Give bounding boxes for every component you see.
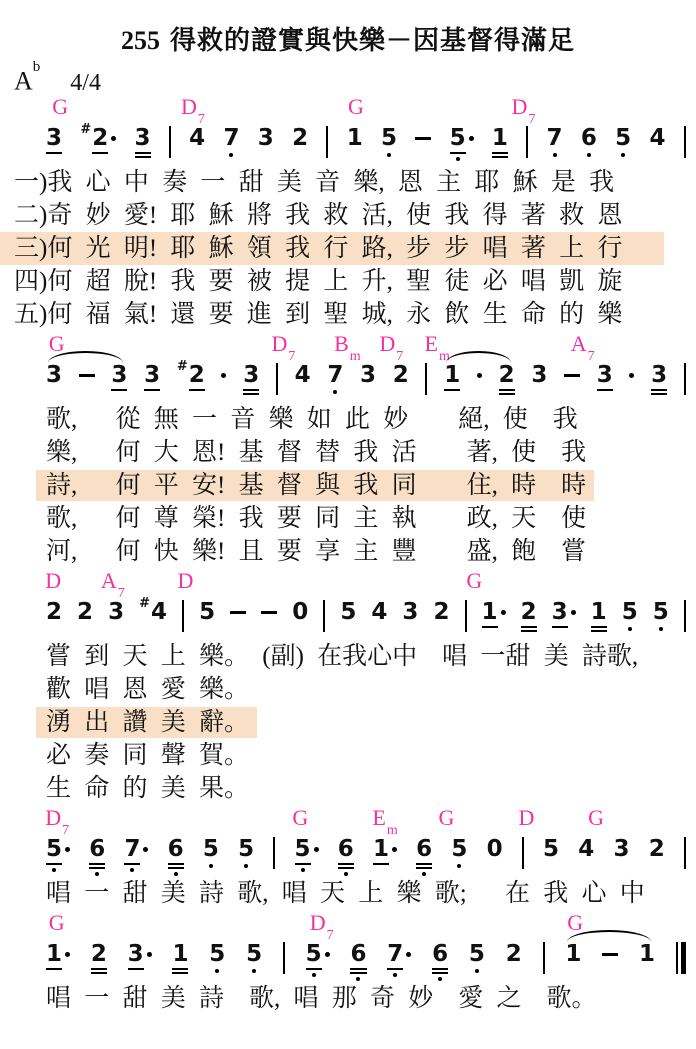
hymn-sheet: 255得救的證實與快樂－因基督得滿足 Ab4/4 GD7GD73#2347321… xyxy=(0,0,696,1049)
chord-label: G xyxy=(292,805,308,831)
beam-line xyxy=(172,972,188,974)
note-core: 5 xyxy=(46,837,62,872)
lyric-line: 二)奇 妙 愛! 耶 穌 將 我 救 活, 使 我 得 著 救 恩 xyxy=(0,199,696,232)
note-7: 7 xyxy=(387,942,411,977)
beam-lines xyxy=(172,968,188,974)
note-core: 1 xyxy=(444,363,460,391)
note-core: 3 xyxy=(144,363,160,391)
note-core: 6 xyxy=(416,837,432,876)
note-digit: 5 xyxy=(209,942,225,966)
augmentation-dot xyxy=(406,952,411,957)
note-digit: 3 xyxy=(144,363,160,387)
note-2: 2 xyxy=(499,363,515,395)
note-digit: 4 xyxy=(189,126,205,150)
beam-line xyxy=(521,626,537,628)
lyric-text: 湧 出 讚 美 辭。 xyxy=(36,707,257,738)
note-core: 5 xyxy=(340,600,356,624)
beam-lines xyxy=(432,968,448,974)
key-signature: Ab4/4 xyxy=(0,58,696,94)
barline xyxy=(326,126,328,158)
note-3: 3 xyxy=(597,363,613,391)
note-6: 6 xyxy=(350,942,366,981)
note-digit: 3 xyxy=(108,600,124,624)
beam-line xyxy=(168,867,184,869)
lyric-line: 四)何 超 脫! 我 要 被 提 上 升, 聖 徒 必 唱 凱 旋 xyxy=(0,265,696,298)
note-core: 4 xyxy=(578,837,594,861)
note-1: 1 xyxy=(347,126,363,150)
note-digit: 1 xyxy=(172,942,188,966)
note-digit: 4 xyxy=(578,837,594,861)
note-core: 2 xyxy=(499,363,515,395)
lyric-line: 歌, 何 尊 榮! 我 要 同 主 執 政, 天 使 xyxy=(0,502,696,535)
beam-line xyxy=(46,968,62,970)
final-barline-thin xyxy=(676,942,678,974)
hymn-number: 255 xyxy=(121,26,160,55)
notation-row: 12315556765211 xyxy=(0,936,696,982)
note-core: 4 xyxy=(189,126,205,150)
sustain-dash xyxy=(230,611,246,614)
low-octave-dot xyxy=(344,872,348,876)
beam-line xyxy=(338,863,354,865)
note-2: #2 xyxy=(177,363,205,391)
sustain-dash xyxy=(79,374,95,377)
augmentation-dot xyxy=(65,952,70,957)
beam-line xyxy=(499,389,515,391)
beam-lines xyxy=(492,152,508,158)
note-5: 5 xyxy=(306,942,330,977)
lyric-text: 唱 一 甜 美 詩 歌, 唱 那 奇 妙 愛 之 歌。 xyxy=(46,985,597,1012)
note-core: 5 xyxy=(451,837,467,868)
note-digit: 5 xyxy=(203,837,219,861)
lyric-text: 歡 唱 恩 愛 樂。 xyxy=(46,676,249,703)
beam-lines xyxy=(46,968,62,970)
barline xyxy=(465,600,467,632)
note-digit: 5 xyxy=(306,942,322,966)
note-6: 6 xyxy=(168,837,184,876)
beam-lines xyxy=(450,152,466,154)
note-3: 3 xyxy=(144,363,160,391)
beam-line xyxy=(46,152,62,154)
low-octave-dot xyxy=(95,872,99,876)
lyric-line: 樂, 何 大 恩! 基 督 替 我 活 著, 使 我 xyxy=(0,436,696,469)
beam-lines xyxy=(521,626,537,632)
note-digit: 1 xyxy=(565,942,581,966)
beam-line xyxy=(111,389,127,391)
note-digit: 4 xyxy=(371,600,387,624)
note-digit: 6 xyxy=(89,837,105,861)
note-core: 1 xyxy=(492,126,508,158)
note-core: 0 xyxy=(487,837,503,861)
note-core: 3 xyxy=(651,363,667,395)
augmentation-dot xyxy=(325,952,330,957)
beam-lines xyxy=(46,152,62,154)
beam-lines xyxy=(46,863,62,865)
note-3: 3 xyxy=(46,363,62,387)
note-digit: 5 xyxy=(246,942,262,966)
note-digit: 2 xyxy=(506,942,522,966)
note-core: 2 xyxy=(292,126,308,150)
note-5: 5 xyxy=(46,837,70,872)
low-octave-dot xyxy=(456,157,460,161)
note-core: 2 xyxy=(91,942,107,974)
chord-label: G xyxy=(52,94,68,120)
note-5: 5 xyxy=(238,837,254,868)
note-core: 7 xyxy=(547,126,563,157)
augmentation-dot xyxy=(147,952,152,957)
music-systems: GD7GD73#23473215517654一)我 心 中 奏 一 甜 美 音 … xyxy=(0,94,696,1015)
lyric-text: 唱 一 甜 美 詩 歌, 唱 天 上 樂 歌; 在 我 心 中 xyxy=(46,880,645,907)
note-core: 5 xyxy=(306,942,322,977)
note-1: 1 xyxy=(565,942,581,966)
beam-line xyxy=(295,863,311,865)
note-digit: 7 xyxy=(124,837,140,861)
note-digit: 2 xyxy=(189,363,205,387)
note-digit: 7 xyxy=(387,942,403,966)
note-core: 5 xyxy=(450,126,466,161)
notation-row: 5676555616505432 xyxy=(0,831,696,877)
note-core: 3 xyxy=(111,363,127,391)
chord-row: GD7GD7 xyxy=(0,94,696,120)
note-2: 2 xyxy=(91,942,107,974)
time-signature: 4/4 xyxy=(70,70,101,96)
note-digit: 2 xyxy=(46,600,62,624)
beam-lines xyxy=(91,968,107,974)
note-3: 3 xyxy=(531,363,547,387)
note-2: 2 xyxy=(649,837,665,861)
augmentation-dot xyxy=(469,136,474,141)
note-core: 1 xyxy=(347,126,363,150)
note-5: 5 xyxy=(615,126,631,157)
lyric-text: 五)何 福 氣! 還 要 進 到 聖 城, 永 飲 生 命 的 樂 xyxy=(14,301,622,328)
lyric-text: 歌, 何 尊 榮! 我 要 同 主 執 政, 天 使 xyxy=(46,505,586,532)
lyric-line: 詩, 何 平 安! 基 督 與 我 同 住, 時 時 xyxy=(0,469,696,502)
note-digit: 3 xyxy=(128,942,144,966)
beam-line xyxy=(91,968,107,970)
note-4: 4 xyxy=(295,363,311,387)
note-core: 5 xyxy=(543,837,559,861)
chord-label: G xyxy=(588,805,604,831)
note-core: 6 xyxy=(432,942,448,981)
beam-lines xyxy=(128,968,144,970)
beam-line xyxy=(651,389,667,391)
note-core: 3 xyxy=(243,363,259,395)
beam-lines xyxy=(597,389,613,391)
beam-lines xyxy=(373,863,389,865)
note-digit: 5 xyxy=(340,600,356,624)
low-octave-dot xyxy=(356,977,360,981)
beam-lines xyxy=(338,863,354,869)
low-octave-dot xyxy=(387,153,391,157)
beam-lines xyxy=(591,626,607,632)
note-digit: 2 xyxy=(292,126,308,150)
lyric-text: 三)何 光 明! 耶 穌 領 我 行 路, 步 步 唱 著 上 行 xyxy=(14,235,622,262)
lyric-line: 三)何 光 明! 耶 穌 領 我 行 路, 步 步 唱 著 上 行 xyxy=(0,232,664,265)
lyric-text: 二)奇 妙 愛! 耶 穌 將 我 救 活, 使 我 得 著 救 恩 xyxy=(14,202,622,229)
note-digit: 6 xyxy=(168,837,184,861)
beam-line xyxy=(128,968,144,970)
low-octave-dot xyxy=(438,977,442,981)
note-2: 2 xyxy=(393,363,409,387)
barline xyxy=(684,600,686,632)
note-core: 5 xyxy=(203,837,219,868)
barline xyxy=(526,126,528,158)
note-6: 6 xyxy=(89,837,105,876)
barline xyxy=(425,363,427,395)
lyric-line: 唱 一 甜 美 詩 歌, 唱 天 上 樂 歌; 在 我 心 中 xyxy=(0,877,696,910)
augmentation-dot xyxy=(392,847,397,852)
note-digit: 1 xyxy=(347,126,363,150)
note-6: 6 xyxy=(338,837,354,876)
note-4: 4 xyxy=(649,126,665,150)
beam-lines xyxy=(295,863,311,865)
beam-lines xyxy=(552,626,568,628)
note-2: 2 xyxy=(506,942,522,966)
note-core: 5 xyxy=(238,837,254,868)
lyric-text: 必 奏 同 聲 賀。 xyxy=(46,742,249,769)
note-2: 2 xyxy=(433,600,449,624)
note-digit: 2 xyxy=(521,600,537,624)
note-core: 2 xyxy=(92,126,108,154)
note-1: 1 xyxy=(46,942,70,970)
note-digit: 1 xyxy=(46,942,62,966)
flat-sign: b xyxy=(33,59,41,75)
note-digit: 5 xyxy=(543,837,559,861)
note-0: 0 xyxy=(487,837,503,861)
low-octave-dot xyxy=(130,868,134,872)
chord-label: D xyxy=(519,805,535,831)
note-6: 6 xyxy=(416,837,432,876)
note-digit: 4 xyxy=(649,126,665,150)
lyric-text: 詩, 何 平 安! 基 督 與 我 同 住, 時 時 xyxy=(36,470,594,501)
system-1: GD7GD73#23473215517654一)我 心 中 奏 一 甜 美 音 … xyxy=(0,94,696,331)
note-core: 4 xyxy=(371,600,387,624)
beam-line xyxy=(432,972,448,974)
lyric-line: 一)我 心 中 奏 一 甜 美 音 樂, 恩 主 耶 穌 是 我 xyxy=(0,166,696,199)
beam-line xyxy=(91,972,107,974)
note-digit: 4 xyxy=(151,600,167,624)
note-digit: 3 xyxy=(597,363,613,387)
beam-lines xyxy=(124,863,140,865)
note-5: 5 xyxy=(209,942,225,973)
beam-line xyxy=(387,968,403,970)
note-core: 6 xyxy=(338,837,354,876)
barline xyxy=(276,363,278,395)
note-digit: 4 xyxy=(295,363,311,387)
note-core: 3 xyxy=(128,942,144,970)
note-digit: 6 xyxy=(432,942,448,966)
augmentation-dot xyxy=(501,610,506,615)
augmentation-dot xyxy=(143,847,148,852)
note-6: 6 xyxy=(432,942,448,981)
note-digit: 0 xyxy=(292,600,308,624)
low-octave-dot xyxy=(312,973,316,977)
note-digit: 7 xyxy=(327,363,343,387)
note-core: 2 xyxy=(506,942,522,966)
lyric-text: 歌, 從 無 一 音 樂 如 此 妙 絕, 使 我 xyxy=(46,406,578,433)
sustain-dash xyxy=(415,137,431,140)
note-core: 6 xyxy=(168,837,184,876)
low-octave-dot xyxy=(422,872,426,876)
beam-lines xyxy=(306,968,322,970)
note-core: 3 xyxy=(402,600,418,624)
lyric-text: 嘗 到 天 上 樂。 (副) 在我心中 唱 一甜 美 詩歌, xyxy=(46,643,638,670)
note-7: 7 xyxy=(124,837,148,872)
note-digit: 7 xyxy=(223,126,239,150)
note-7: 7 xyxy=(327,363,343,394)
note-3: 3 xyxy=(360,363,376,387)
beam-line xyxy=(243,389,259,391)
beam-line xyxy=(521,630,537,632)
note-core: 3 xyxy=(531,363,547,387)
note-core: 1 xyxy=(639,942,655,966)
note-digit: 2 xyxy=(92,126,108,150)
note-digit: 1 xyxy=(444,363,460,387)
note-digit: 6 xyxy=(581,126,597,150)
note-core: 1 xyxy=(172,942,188,974)
beam-lines xyxy=(135,152,151,158)
note-7: 7 xyxy=(223,126,239,157)
barline xyxy=(273,837,275,869)
low-octave-dot xyxy=(659,627,663,631)
note-digit: 3 xyxy=(258,126,274,150)
chord-label: D xyxy=(45,568,61,594)
note-digit: 6 xyxy=(416,837,432,861)
note-core: 6 xyxy=(89,837,105,876)
note-5: 5 xyxy=(295,837,319,872)
note-digit: 3 xyxy=(46,126,62,150)
beam-line xyxy=(492,152,508,154)
system-5: GD7G12315556765211唱 一 甜 美 詩 歌, 唱 那 奇 妙 愛… xyxy=(0,910,696,1015)
beam-line xyxy=(350,968,366,970)
augmentation-dot xyxy=(221,373,226,378)
hymn-name: 得救的證實與快樂－因基督得滿足 xyxy=(170,26,575,55)
low-octave-dot xyxy=(244,864,248,868)
beam-line xyxy=(46,863,62,865)
barline xyxy=(522,837,524,869)
note-core: 5 xyxy=(381,126,397,157)
note-5: 5 xyxy=(199,600,215,624)
note-core: 1 xyxy=(591,600,607,632)
beam-line xyxy=(499,393,515,395)
barline xyxy=(684,837,686,869)
note-core: 2 xyxy=(77,600,93,624)
beam-lines xyxy=(482,626,498,628)
low-octave-dot xyxy=(215,969,219,973)
note-5: 5 xyxy=(622,600,638,631)
note-core: 2 xyxy=(393,363,409,387)
note-core: 4 xyxy=(649,126,665,150)
note-digit: 2 xyxy=(77,600,93,624)
note-digit: 5 xyxy=(295,837,311,861)
note-digit: 2 xyxy=(91,942,107,966)
note-3: 3 xyxy=(402,600,418,624)
note-digit: 1 xyxy=(591,600,607,624)
augmentation-dot xyxy=(111,136,116,141)
note-core: 2 xyxy=(46,600,62,624)
note-digit: 3 xyxy=(111,363,127,387)
note-digit: 0 xyxy=(487,837,503,861)
final-barline-thick xyxy=(681,942,686,974)
lyric-line: 五)何 福 氣! 還 要 進 到 聖 城, 永 飲 生 命 的 樂 xyxy=(0,298,696,331)
sustain-dash xyxy=(564,374,580,377)
barline xyxy=(182,600,184,632)
note-core: 6 xyxy=(350,942,366,981)
note-core: 2 xyxy=(189,363,205,391)
note-digit: 6 xyxy=(338,837,354,861)
chord-label: G xyxy=(49,910,65,936)
note-5: 5 xyxy=(653,600,669,631)
note-digit: 5 xyxy=(622,600,638,624)
note-core: 7 xyxy=(387,942,403,977)
beam-lines xyxy=(350,968,366,974)
note-core: 1 xyxy=(482,600,498,628)
notation-row: 223#4505432123155 xyxy=(0,594,696,640)
beam-line xyxy=(89,867,105,869)
system-4: D7GEmGDG5676555616505432唱 一 甜 美 詩 歌, 唱 天… xyxy=(0,805,696,910)
note-3: 3 xyxy=(46,126,62,154)
note-5: 5 xyxy=(246,942,262,973)
beam-line xyxy=(168,863,184,865)
note-1: 1 xyxy=(591,600,607,632)
lyric-line: 必 奏 同 聲 賀。 xyxy=(0,739,696,772)
notation-row: 3#23473215517654 xyxy=(0,120,696,166)
note-core: 7 xyxy=(223,126,239,157)
sustain-dash xyxy=(261,611,277,614)
low-octave-dot xyxy=(333,390,337,394)
beam-lines xyxy=(243,389,259,395)
low-octave-dot xyxy=(621,153,625,157)
note-core: 6 xyxy=(581,126,597,157)
note-core: 4 xyxy=(295,363,311,387)
note-digit: 1 xyxy=(492,126,508,150)
barline xyxy=(684,126,686,158)
note-3: 3 xyxy=(108,600,124,624)
note-3: 3 xyxy=(258,126,274,150)
beam-lines xyxy=(387,968,403,970)
note-digit: 2 xyxy=(393,363,409,387)
note-digit: 3 xyxy=(552,600,568,624)
note-digit: 1 xyxy=(482,600,498,624)
barline xyxy=(169,126,171,158)
note-digit: 5 xyxy=(199,600,215,624)
note-core: 0 xyxy=(292,600,308,624)
beam-line xyxy=(416,867,432,869)
note-2: #2 xyxy=(80,126,116,154)
beam-line xyxy=(338,867,354,869)
note-core: 3 xyxy=(597,363,613,391)
beam-line xyxy=(552,626,568,628)
beam-line xyxy=(172,968,188,970)
beam-lines xyxy=(416,863,432,869)
note-core: 3 xyxy=(108,600,124,624)
low-octave-dot xyxy=(553,153,557,157)
note-5: 5 xyxy=(340,600,356,624)
sharp-sign: # xyxy=(139,597,150,610)
note-1: 1 xyxy=(172,942,188,974)
note-core: 4 xyxy=(151,600,167,624)
beam-lines xyxy=(92,152,108,154)
note-1: 1 xyxy=(639,942,655,966)
lyric-line: 湧 出 讚 美 辭。 xyxy=(0,706,696,739)
barline xyxy=(283,942,285,974)
note-4: 4 xyxy=(189,126,205,150)
note-core: 3 xyxy=(46,126,62,154)
note-core: 5 xyxy=(469,942,485,973)
note-core: 5 xyxy=(653,600,669,631)
note-core: 5 xyxy=(622,600,638,631)
note-core: 5 xyxy=(199,600,215,624)
beam-line xyxy=(373,863,389,865)
